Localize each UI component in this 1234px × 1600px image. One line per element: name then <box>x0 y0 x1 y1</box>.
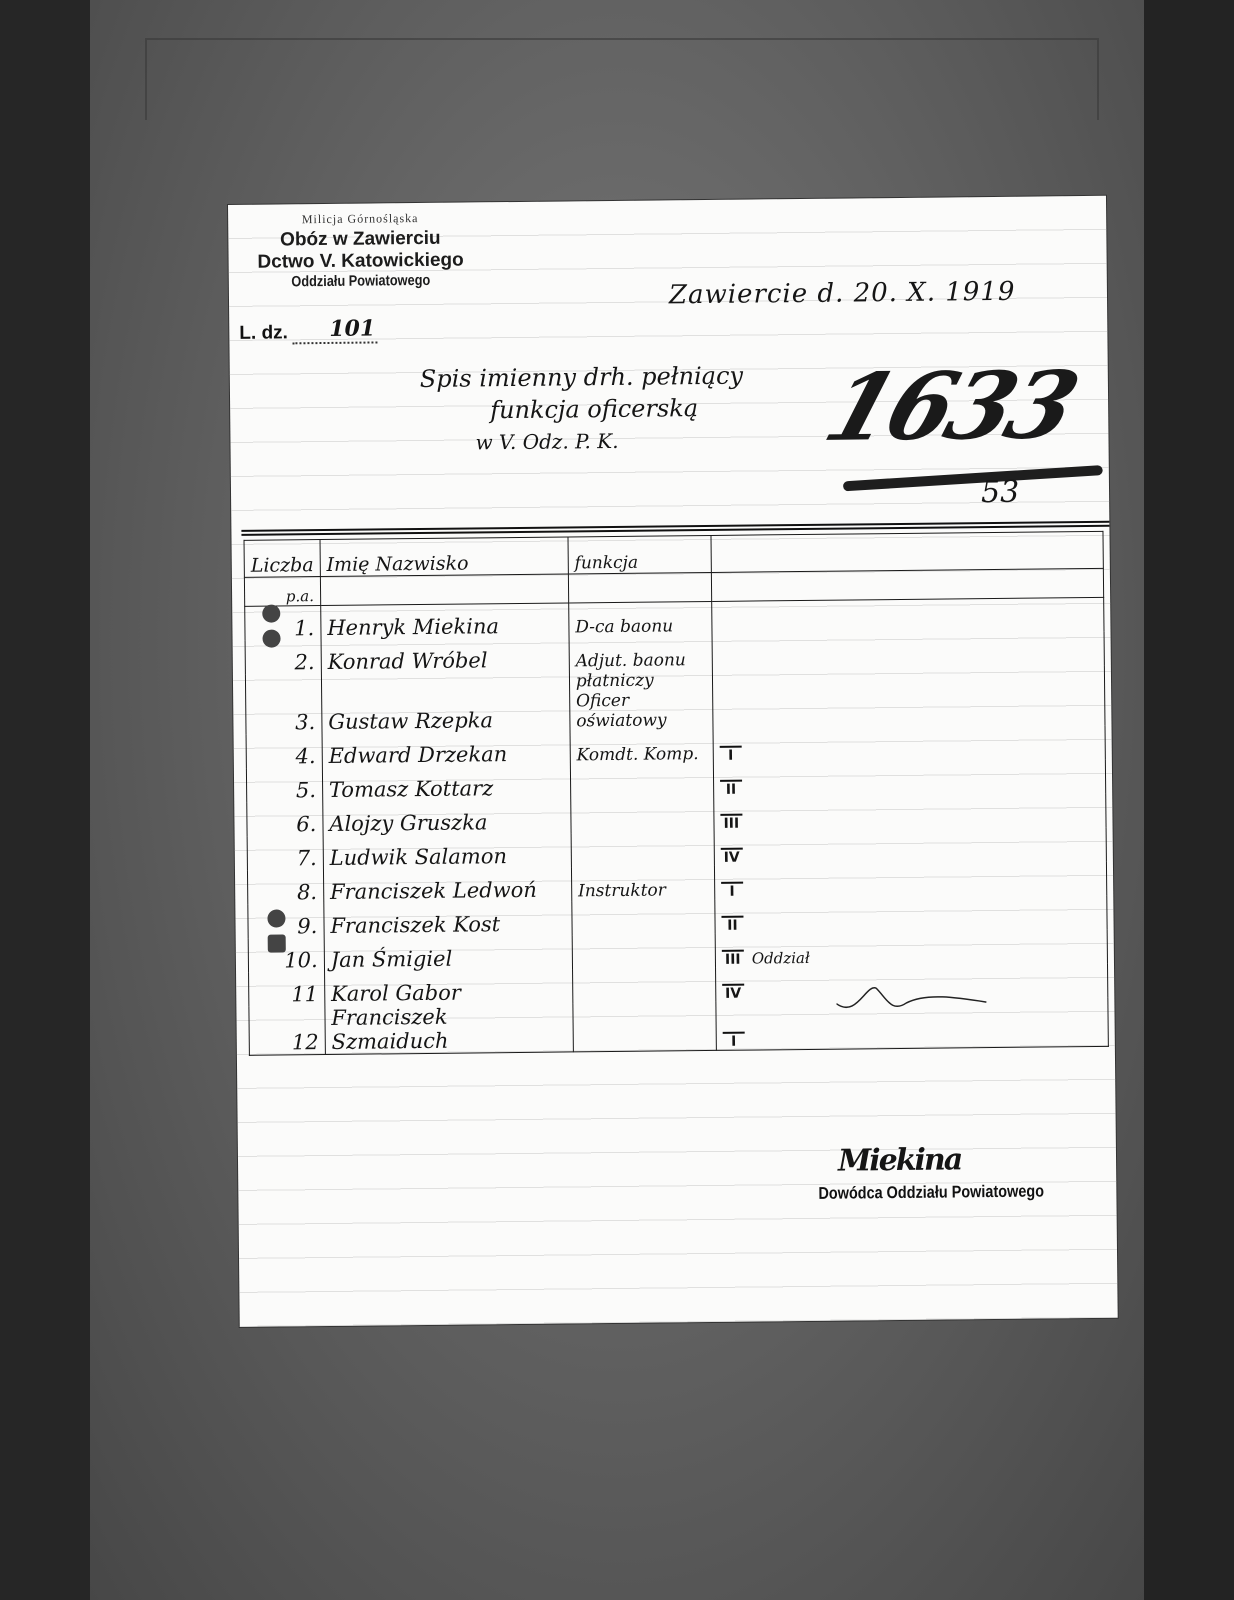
row-name: Karol Gabor <box>324 969 572 1006</box>
row-name: Henryk Miekina <box>321 603 569 640</box>
ink-blot <box>262 604 280 622</box>
row-extra-note: Oddział <box>752 949 810 968</box>
row-name: Franciszek Ledwoń <box>323 867 571 904</box>
company-mark: III <box>722 950 744 968</box>
archive-subnumber: 53 <box>981 475 1020 510</box>
row-number: 1. <box>245 606 321 641</box>
title-line-2: funkcja oficerską <box>420 392 744 427</box>
row-name: Ludwik Salamon <box>323 833 571 870</box>
subheader-blank <box>568 572 711 602</box>
row-note <box>712 597 1104 636</box>
row-function: Adjut. baonu <box>569 636 712 671</box>
row-name: Alojzy Gruszka <box>323 799 571 836</box>
row-function <box>570 764 713 799</box>
row-note: I <box>713 726 1105 764</box>
row-number: 6. <box>247 802 323 837</box>
stamp-line-1: Obóz w Zawierciu <box>230 227 490 252</box>
title-line-3: w V. Odz. P. K. <box>420 424 744 459</box>
table-row: 3.Gustaw Rzepkapłatniczy Oficer oświatow… <box>245 666 1105 735</box>
ldz-value: 101 <box>329 315 375 341</box>
squiggle-mark <box>836 977 1036 1019</box>
header-notes <box>711 531 1104 572</box>
office-stamp: Milicja Górnośląska Obóz w Zawierciu Dct… <box>230 210 491 291</box>
row-name: Konrad Wróbel <box>321 637 569 674</box>
archive-number: 1633 <box>813 351 1087 462</box>
row-note: IIIOddział <box>715 930 1107 968</box>
scan-border-left <box>0 0 90 1600</box>
header-number: Liczba <box>244 540 320 578</box>
row-note: II <box>713 760 1105 798</box>
row-note: II <box>715 896 1107 934</box>
row-name: Gustaw Rzepka <box>321 671 570 734</box>
signature-label: Dowódca Oddziału Powiatowego <box>818 1182 1044 1204</box>
row-function <box>571 798 714 833</box>
row-number: 7. <box>247 836 323 871</box>
company-mark: I <box>720 746 742 764</box>
folder-frame <box>145 38 1099 120</box>
row-note: IV <box>714 828 1106 866</box>
row-note <box>712 666 1105 730</box>
title-line-1: Spis imienny drh. pełniący <box>420 360 744 395</box>
row-note <box>712 632 1104 670</box>
row-number: 2. <box>245 640 321 675</box>
company-mark: IV <box>721 848 743 866</box>
ink-blot <box>267 909 285 927</box>
row-name: Tomasz Kottarz <box>322 765 570 802</box>
row-note: III <box>714 794 1106 832</box>
row-function <box>572 900 715 935</box>
row-function <box>573 1002 717 1052</box>
stamp-line-0: Milicja Górnośląska <box>230 210 490 228</box>
row-name: Edward Drzekan <box>322 731 570 768</box>
row-function: D-ca baonu <box>569 601 712 637</box>
scan-border-right <box>1144 0 1234 1600</box>
row-function <box>572 934 715 969</box>
row-function <box>572 968 715 1003</box>
ink-blot <box>268 934 286 952</box>
header-name: Imię Nazwisko <box>320 537 568 577</box>
row-function: płatniczy Oficer oświatowy <box>569 670 713 731</box>
row-function: Komdt. Komp. <box>570 730 713 765</box>
row-name: Franciszek Kost <box>324 901 572 938</box>
row-note: I <box>714 862 1106 900</box>
company-mark: IV <box>722 984 744 1002</box>
row-name: Jan Śmigiel <box>324 935 572 972</box>
row-function: Instruktor <box>571 866 714 901</box>
row-name: Franciszek Szmaiduch <box>325 1003 573 1054</box>
company-mark: III <box>720 814 742 832</box>
header-number-sub: p.a. <box>244 577 320 607</box>
stamp-line-2: Dctwo V. Katowickiego <box>230 249 490 274</box>
row-number: 4. <box>246 734 322 769</box>
commander-signature: Miekina <box>838 1142 961 1178</box>
row-number: 12 <box>249 1006 325 1055</box>
company-mark: II <box>721 916 743 934</box>
stamp-line-3: Oddziału Powiatowego <box>250 271 471 290</box>
ldz-label: L. dz. <box>239 322 288 344</box>
subheader-blank <box>320 574 568 606</box>
row-number: 9. <box>248 904 324 939</box>
row-number: 8. <box>247 870 323 905</box>
row-number: 5. <box>246 768 322 803</box>
row-number: 3. <box>245 674 321 735</box>
header-function: funkcja <box>568 535 711 573</box>
company-mark: I <box>723 1032 745 1050</box>
row-number: 10. <box>248 938 324 973</box>
row-number: 11 <box>249 972 325 1007</box>
document-sheet: Milicja Górnośląska Obóz w Zawierciu Dct… <box>228 196 1118 1327</box>
subheader-blank <box>711 568 1103 601</box>
company-mark: I <box>721 882 743 900</box>
document-title: Spis imienny drh. pełniący funkcja ofice… <box>420 360 744 459</box>
row-function <box>571 832 714 867</box>
company-mark: II <box>720 780 742 798</box>
document-date: Zawiercie d. 20. X. 1919 <box>669 277 1016 311</box>
ink-blot <box>262 629 280 647</box>
